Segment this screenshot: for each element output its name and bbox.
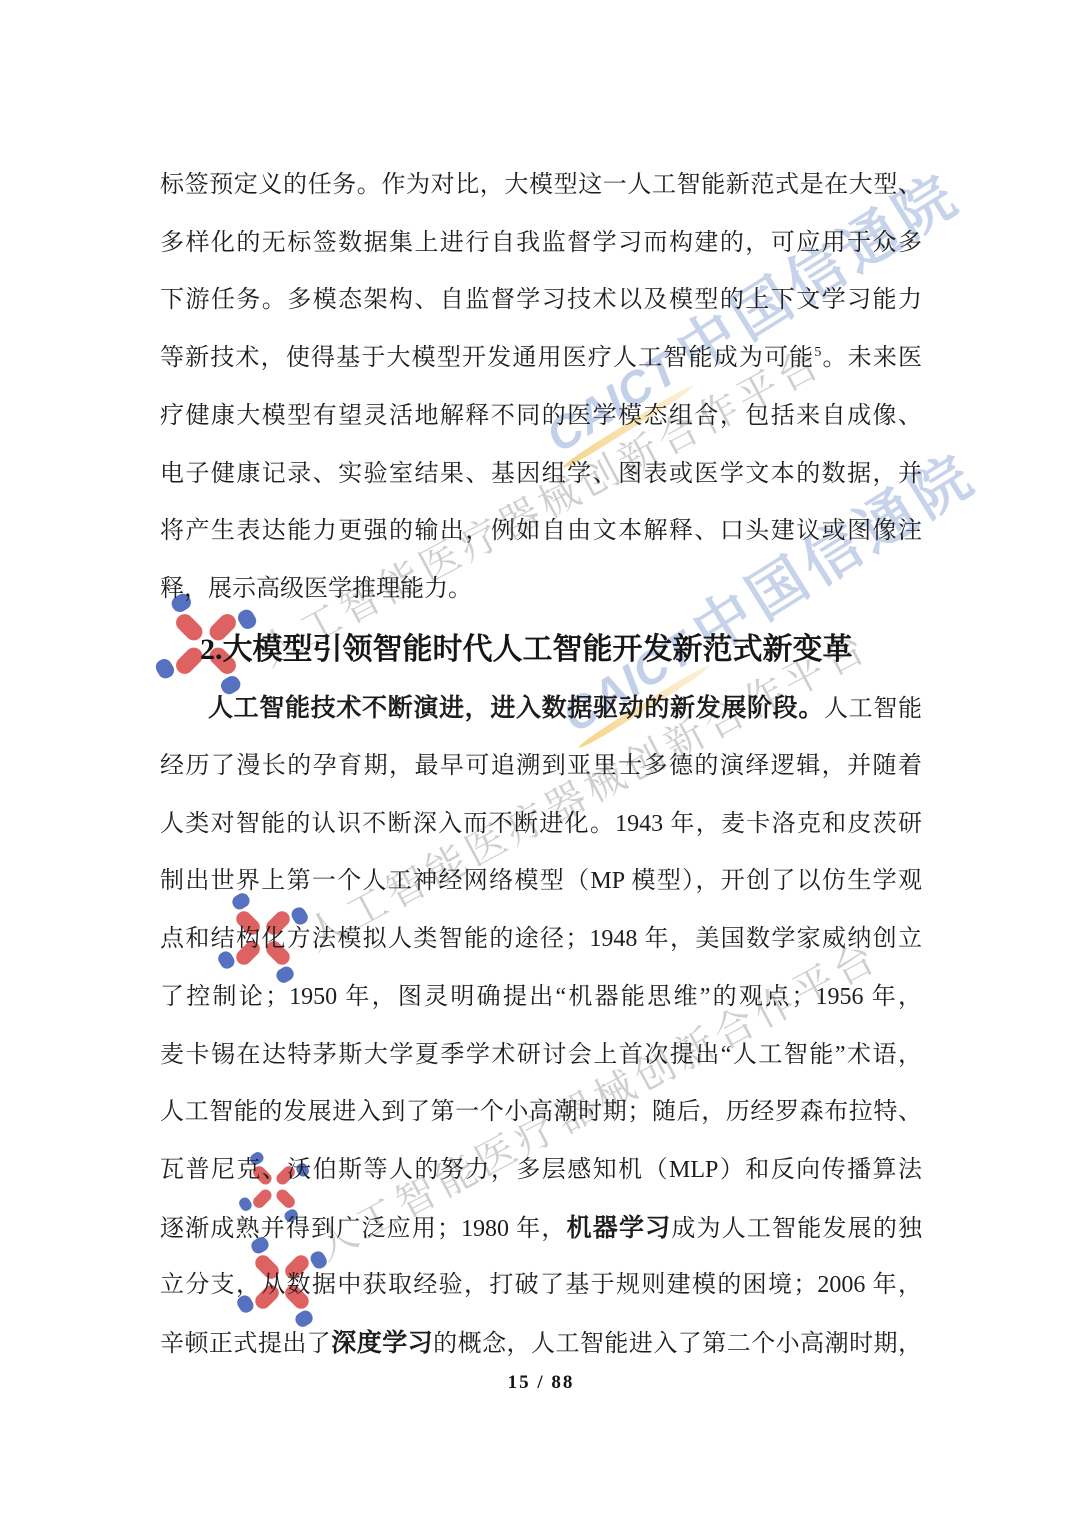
text-segment: 下游任务。多模态架构、自监督学习技术以及模型的上下文学习能力 bbox=[160, 287, 922, 313]
text-segment: 逐渐成熟并得到广泛应用；1980 年， bbox=[160, 1216, 567, 1242]
text-segment: 点和结构化方法模拟人类智能的途径；1948 年，美国数学家威纳创立 bbox=[160, 926, 922, 952]
text-segment: 成为人工智能发展的独 bbox=[671, 1216, 922, 1242]
text-line: 释，展示高级医学推理能力。 bbox=[160, 572, 922, 608]
text-line: 瓦普尼克、沃伯斯等人的努力，多层感知机（MLP）和反向传播算法 bbox=[160, 1153, 922, 1189]
text-segment: 释，展示高级医学推理能力。 bbox=[160, 576, 472, 602]
text-line: 电子健康记录、实验室结果、基因组学、图表或医学文本的数据，并 bbox=[160, 457, 922, 493]
text-line: 人工智能的发展进入到了第一个小高潮时期；随后，历经罗森布拉特、 bbox=[160, 1095, 922, 1131]
text-segment: 人类对智能的认识不断深入而不断进化。1943 年，麦卡洛克和皮茨研 bbox=[160, 811, 922, 837]
text-segment: 人工智能技术不断演进，进入数据驱动的新发展阶段。 bbox=[208, 694, 824, 722]
text-line: 辛顿正式提出了深度学习的概念，人工智能进入了第二个小高潮时期， bbox=[160, 1326, 922, 1362]
text-segment: 机器学习 bbox=[567, 1214, 672, 1242]
text-line: 等新技术，使得基于大模型开发通用医疗人工智能成为可能5。未来医 bbox=[160, 341, 922, 377]
text-line: 制出世界上第一个人工神经网络模型（MP 模型），开创了以仿生学观 bbox=[160, 864, 922, 900]
text-segment: 电子健康记录、实验室结果、基因组学、图表或医学文本的数据，并 bbox=[160, 461, 922, 487]
text-line: 经历了漫长的孕育期，最早可追溯到亚里士多德的演绎逻辑，并随着 bbox=[160, 749, 922, 785]
text-line: 人工智能技术不断演进，进入数据驱动的新发展阶段。人工智能 bbox=[160, 691, 922, 727]
text-segment: 人工智能的发展进入到了第一个小高潮时期；随后，历经罗森布拉特、 bbox=[160, 1099, 922, 1125]
text-segment: 标签预定义的任务。作为对比，大模型这一人工智能新范式是在大型、 bbox=[160, 172, 922, 198]
text-segment: 经历了漫长的孕育期，最早可追溯到亚里士多德的演绎逻辑，并随着 bbox=[160, 753, 922, 779]
document-body: 标签预定义的任务。作为对比，大模型这一人工智能新范式是在大型、多样化的无标签数据… bbox=[0, 0, 1080, 1528]
text-line: 标签预定义的任务。作为对比，大模型这一人工智能新范式是在大型、 bbox=[160, 168, 922, 204]
text-line: 麦卡锡在达特茅斯大学夏季学术研讨会上首次提出“人工智能”术语， bbox=[160, 1038, 922, 1074]
text-segment: 了控制论；1950 年，图灵明确提出“机器能思维”的观点；1956 年， bbox=[160, 984, 922, 1010]
text-segment: 人工智能 bbox=[824, 696, 922, 722]
text-segment: 制出世界上第一个人工神经网络模型（MP 模型），开创了以仿生学观 bbox=[160, 868, 922, 894]
text-line: 下游任务。多模态架构、自监督学习技术以及模型的上下文学习能力 bbox=[160, 283, 922, 319]
text-segment: 的概念，人工智能进入了第二个小高潮时期， bbox=[433, 1331, 922, 1357]
text-segment: 等新技术，使得基于大模型开发通用医疗人工智能成为可能 bbox=[160, 345, 814, 371]
text-segment: 多样化的无标签数据集上进行自我监督学习而构建的，可应用于众多 bbox=[160, 230, 922, 256]
text-segment: 。未来医 bbox=[821, 345, 922, 371]
page-number: 15 / 88 bbox=[160, 1372, 922, 1394]
text-segment: 2.大模型引领智能时代人工智能开发新范式新变革 bbox=[200, 633, 853, 666]
text-segment: 麦卡锡在达特茅斯大学夏季学术研讨会上首次提出“人工智能”术语， bbox=[160, 1042, 922, 1068]
document-page: CAICT 中国信通院 CAICT 中国信通院 人工智能医疗器械创新合作平台 人… bbox=[0, 0, 1080, 1528]
section-heading: 2.大模型引领智能时代人工智能开发新范式新变革 bbox=[160, 630, 922, 666]
text-line: 将产生表达能力更强的输出，例如自由文本解释、口头建议或图像注 bbox=[160, 514, 922, 550]
text-line: 点和结构化方法模拟人类智能的途径；1948 年，美国数学家威纳创立 bbox=[160, 922, 922, 958]
text-line: 多样化的无标签数据集上进行自我监督学习而构建的，可应用于众多 bbox=[160, 226, 922, 262]
text-segment: 辛顿正式提出了 bbox=[160, 1331, 331, 1357]
text-segment: 瓦普尼克、沃伯斯等人的努力，多层感知机（MLP）和反向传播算法 bbox=[160, 1157, 922, 1183]
text-line: 了控制论；1950 年，图灵明确提出“机器能思维”的观点；1956 年， bbox=[160, 980, 922, 1016]
text-line: 人类对智能的认识不断深入而不断进化。1943 年，麦卡洛克和皮茨研 bbox=[160, 807, 922, 843]
text-segment: 深度学习 bbox=[331, 1329, 433, 1357]
text-line: 疗健康大模型有望灵活地解释不同的医学模态组合，包括来自成像、 bbox=[160, 399, 922, 435]
text-line: 逐渐成熟并得到广泛应用；1980 年，机器学习成为人工智能发展的独 bbox=[160, 1211, 922, 1247]
text-segment: 疗健康大模型有望灵活地解释不同的医学模态组合，包括来自成像、 bbox=[160, 403, 922, 429]
text-line: 立分支，从数据中获取经验，打破了基于规则建模的困境；2006 年， bbox=[160, 1268, 922, 1304]
text-segment: 立分支，从数据中获取经验，打破了基于规则建模的困境；2006 年， bbox=[160, 1272, 922, 1298]
text-segment: 将产生表达能力更强的输出，例如自由文本解释、口头建议或图像注 bbox=[160, 518, 922, 544]
